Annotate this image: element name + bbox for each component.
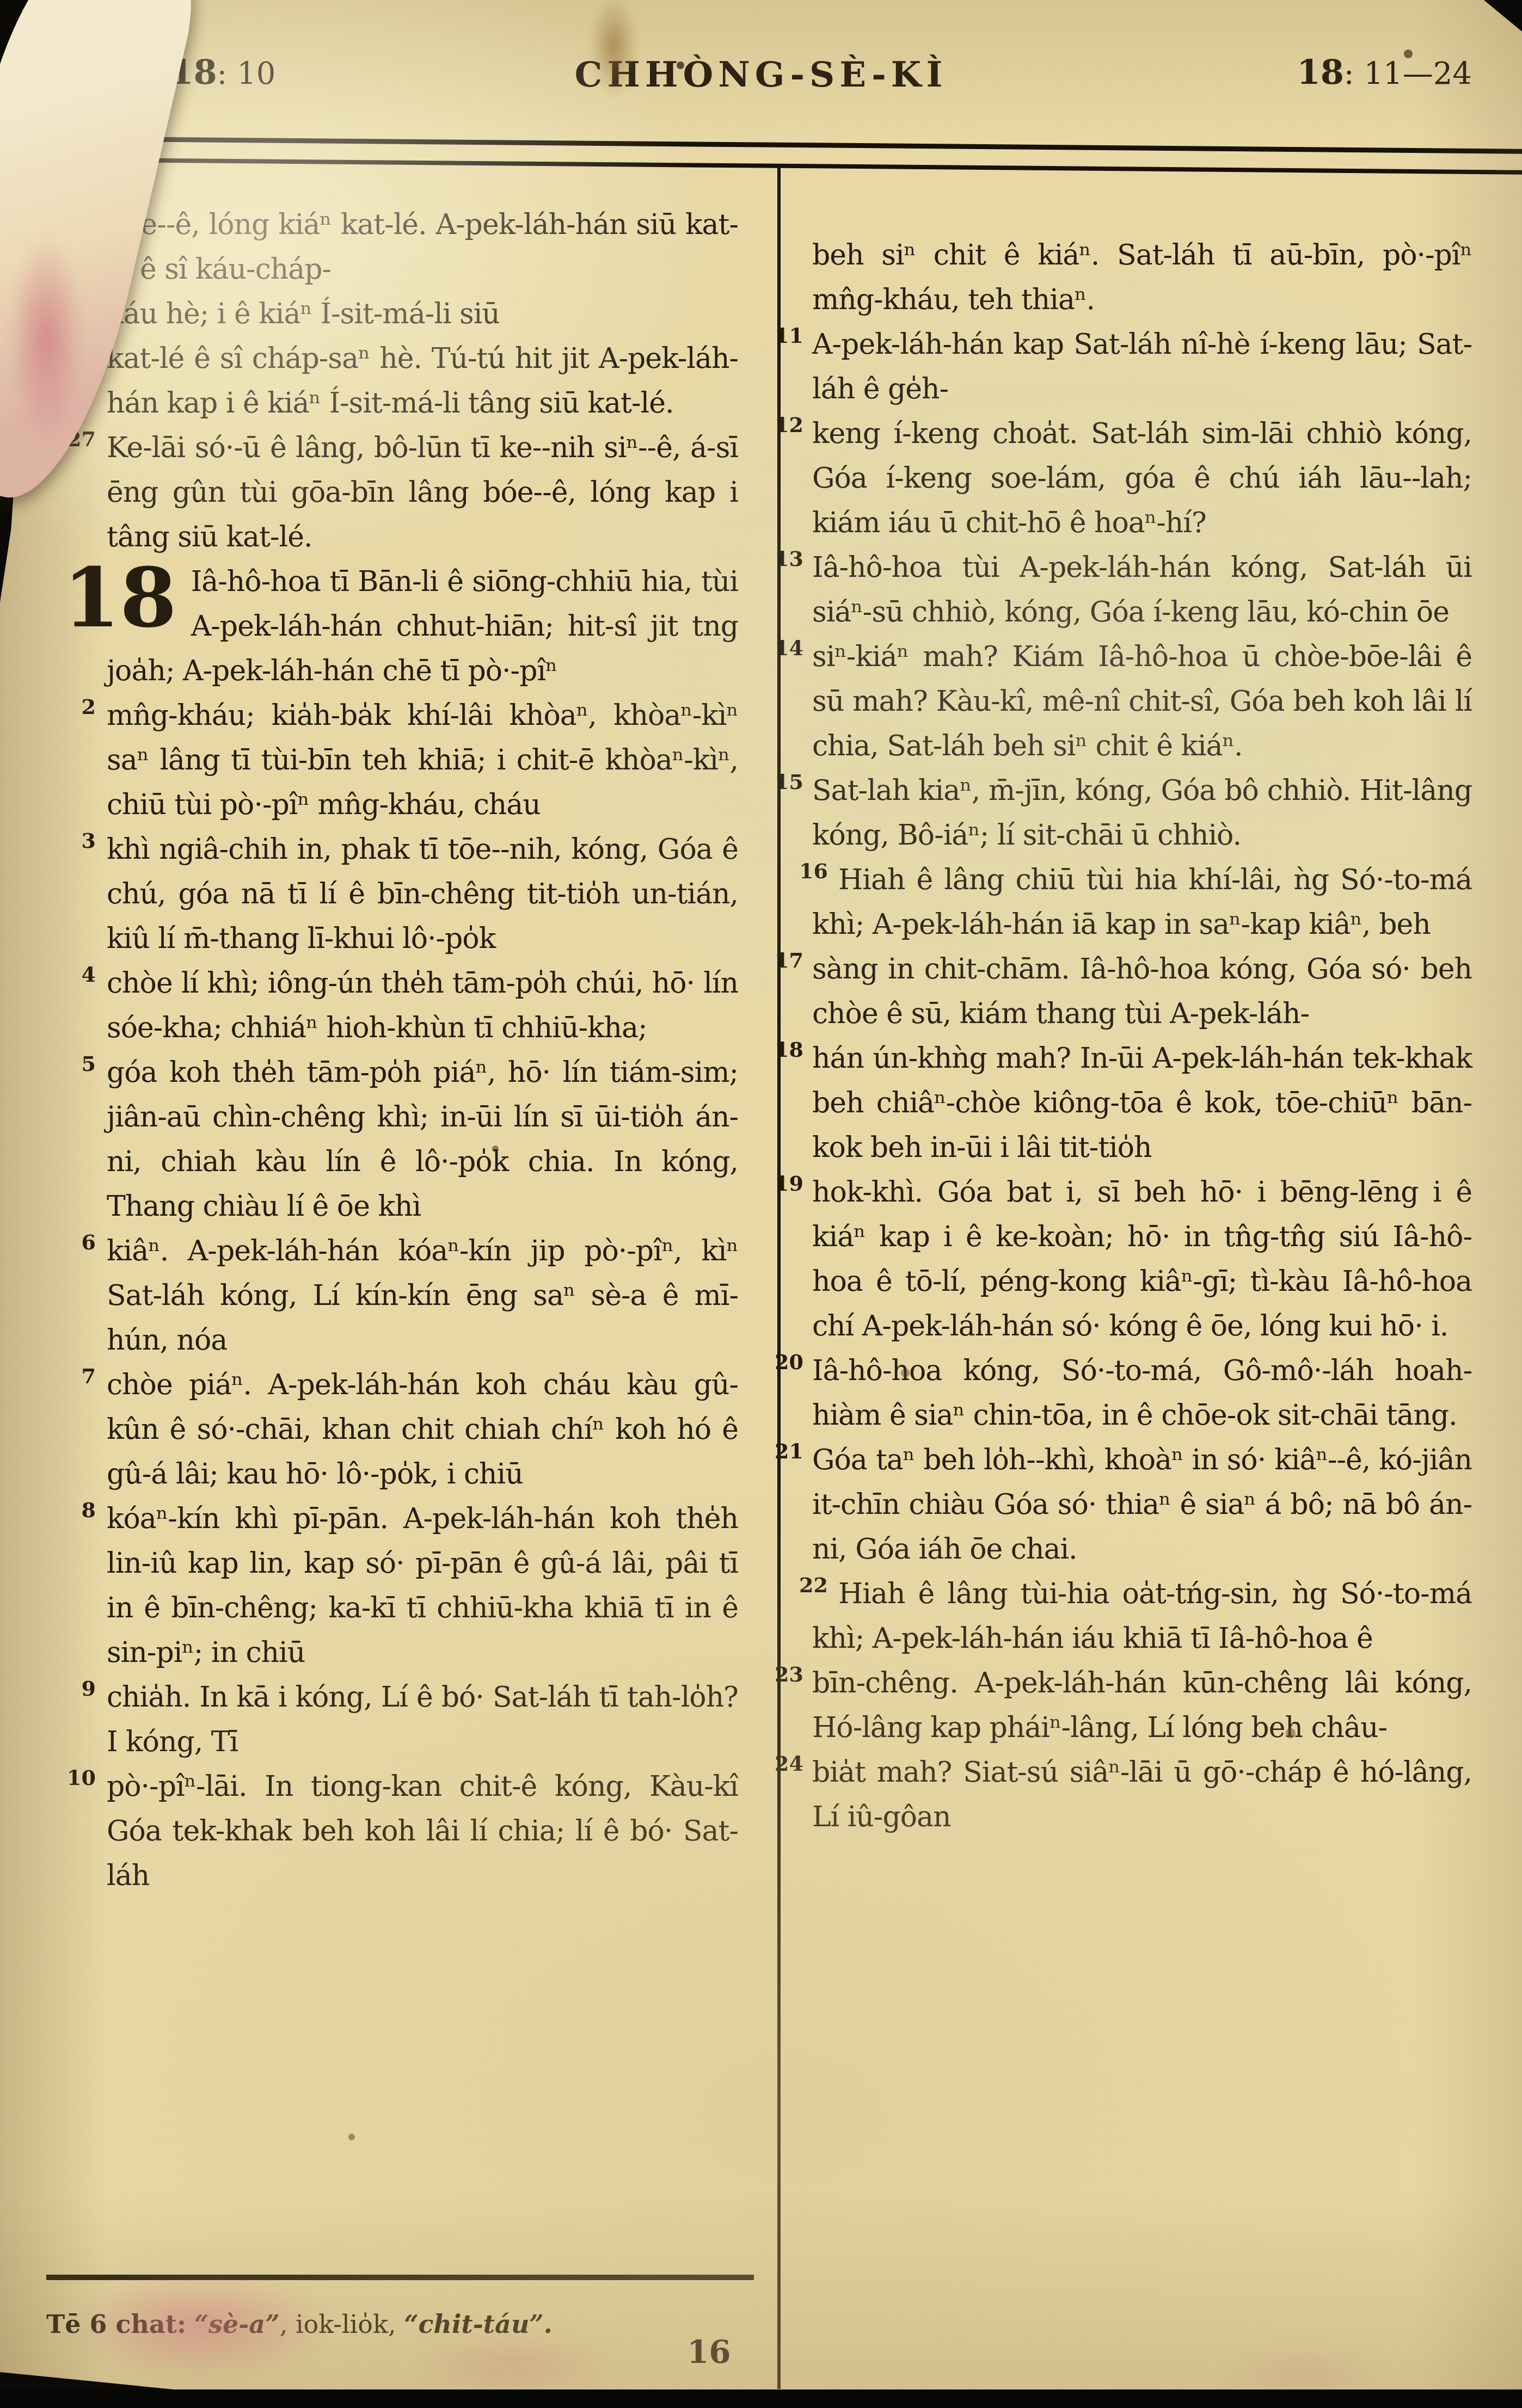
verse-text: Ke-lāi só·-ū ê lâng, bô-lūn tī ke--nih s… <box>107 432 738 553</box>
scanned-book-page: 24—18: 10 CHHÒNG-SÈ-KÌ 18: 11—24 24bóe--… <box>0 0 1522 2408</box>
column-divider-rule <box>777 166 781 2389</box>
verse: 19hok-khì. Góa bat i, sī beh hō· i bēng-… <box>812 1170 1472 1348</box>
verse: 5góa koh the̍h tām-po̍h piáⁿ, hō· lín ti… <box>107 1050 738 1229</box>
verse-number: 17 <box>773 950 803 971</box>
scan-black-corner-top-right <box>1480 0 1522 32</box>
verse-number: 8 <box>56 1500 96 1520</box>
verse-text: Góa taⁿ beh lo̍h--khì, khoàⁿ in só· kiâⁿ… <box>812 1444 1472 1566</box>
paragraph: beh siⁿ chit ê kiáⁿ. Sat-láh tī aū-bīn, … <box>812 233 1472 858</box>
verse-text: khì ngiâ-chih in, phak tī tōe--nih, kóng… <box>107 833 738 955</box>
verse: 16Hiah ê lâng chiū tùi hia khí-lâi, ǹg S… <box>812 858 1472 947</box>
verse-number: 26 <box>56 340 96 360</box>
verse: beh siⁿ chit ê kiáⁿ. Sat-láh tī aū-bīn, … <box>812 233 1472 322</box>
verse-number: 23 <box>773 1664 803 1685</box>
verse-text: Sat-lah kiaⁿ, m̄-jīn, kóng, Góa bô chhiò… <box>812 774 1472 852</box>
verse-number: 27 <box>56 429 96 449</box>
verse-text: chòe piáⁿ. A-pek-láh-hán koh cháu kàu gû… <box>107 1369 738 1491</box>
ink-specks <box>0 0 3 3</box>
paragraph: 22Hiah ê lâng tùi-hia oa̍t-tńg-sin, ǹg S… <box>812 1572 1472 1839</box>
verse-text: Hiah ê lâng chiū tùi hia khí-lâi, ǹg Só·… <box>812 864 1472 941</box>
verse-number: 10 <box>56 1767 96 1788</box>
verse-number: 24 <box>773 1753 803 1774</box>
verse: 7chòe piáⁿ. A-pek-láh-hán koh cháu kàu g… <box>107 1363 738 1496</box>
verse: 24bóe--ê, lóng kiáⁿ kat-lé. A-pek-láh-há… <box>107 202 738 292</box>
verse-text: Iâ-hô-hoa kóng, Só·-to-má, Gô-mô·-láh ho… <box>812 1354 1472 1432</box>
verse-text: A-pek-láh-hán kap Sat-láh nî-hè í-keng l… <box>812 328 1472 405</box>
verse-text: hok-khì. Góa bat i, sī beh hō· i bēng-lē… <box>812 1176 1472 1342</box>
verse-number: 13 <box>773 549 803 569</box>
verse: 27Ke-lāi só·-ū ê lâng, bô-lūn tī ke--nih… <box>107 426 738 559</box>
verse: 25káu hè; i ê kiáⁿ Í-sit-má-li siū <box>107 292 738 336</box>
verse-text: chia̍h. In kā i kóng, Lí ê bó· Sat-láh t… <box>107 1681 738 1758</box>
verse-number: 22 <box>773 1575 803 1596</box>
verse-number: 9 <box>56 1678 96 1699</box>
verse-number: 3 <box>56 830 96 851</box>
verse-text: bia̍t mah? Siat-sú siâⁿ-lāi ū gō·-cháp ê… <box>812 1756 1472 1833</box>
verse: 17sàng in chit-chām. Iâ-hô-hoa kóng, Góa… <box>812 947 1472 1036</box>
verse-number: 2 <box>56 697 96 717</box>
verses-left: 24bóe--ê, lóng kiáⁿ kat-lé. A-pek-láh-há… <box>107 202 738 1898</box>
chapter-number: 18 <box>63 565 177 631</box>
verse-text: bīn-chêng. A-pek-láh-hán kūn-chêng lâi k… <box>812 1667 1472 1744</box>
verse-text: kat-lé ê sî cháp-saⁿ hè. Tú-tú hit jit A… <box>107 342 738 420</box>
verse: 20Iâ-hô-hoa kóng, Só·-to-má, Gô-mô·-láh … <box>812 1348 1472 1438</box>
text-column-right: beh siⁿ chit ê kiáⁿ. Sat-láh tī aū-bīn, … <box>812 233 1472 1839</box>
chapter-start: 18Iâ-hô-hoa tī Bān-li ê siōng-chhiū hia,… <box>107 559 738 693</box>
verse: 12keng í-keng choa̍t. Sat-láh sim-lāi ch… <box>812 411 1472 545</box>
verse-text: beh siⁿ chit ê kiáⁿ. Sat-láh tī aū-bīn, … <box>812 239 1472 316</box>
verse: 15Sat-lah kiaⁿ, m̄-jīn, kóng, Góa bô chh… <box>812 768 1472 858</box>
verse-number: 16 <box>773 861 803 882</box>
verse-number: 25 <box>56 295 96 316</box>
header-right-chapter: 18 <box>1297 52 1344 92</box>
verse-number: 15 <box>773 772 803 792</box>
header-double-rule <box>44 136 1522 175</box>
verse-number: 7 <box>56 1366 96 1387</box>
paragraph: 16Hiah ê lâng chiū tùi hia khí-lâi, ǹg S… <box>812 858 1472 1572</box>
header-verse-range-right: 18: 11—24 <box>1297 52 1472 92</box>
verse-text: kiâⁿ. A-pek-láh-hán kóaⁿ-kín jip pò·-pîⁿ… <box>107 1235 738 1357</box>
verse-text: pò·-pîⁿ-lāi. In tiong-kan chit-ê kóng, K… <box>107 1770 738 1892</box>
verse-text: káu hè; i ê kiáⁿ Í-sit-má-li siū <box>107 298 500 330</box>
verse-number: 5 <box>56 1054 96 1074</box>
verse: 4chòe lí khì; iông-ún the̍h tām-po̍h chú… <box>107 961 738 1050</box>
pink-stain-bottom-center <box>359 2318 664 2408</box>
verse-number: 18 <box>773 1039 803 1060</box>
verse: 14siⁿ-kiáⁿ mah? Kiám Iâ-hô-hoa ū chòe-bō… <box>812 635 1472 768</box>
verse: 22Hiah ê lâng tùi-hia oa̍t-tńg-sin, ǹg S… <box>812 1572 1472 1661</box>
verse-number: 21 <box>773 1441 803 1462</box>
pink-stain-bottom-left <box>16 2253 386 2400</box>
verse: 9chia̍h. In kā i kóng, Lí ê bó· Sat-láh … <box>107 1675 738 1764</box>
paragraph: 18Iâ-hô-hoa tī Bān-li ê siōng-chhiū hia,… <box>107 559 738 1898</box>
verse-number: 20 <box>773 1352 803 1372</box>
verse-text: Iâ-hô-hoa tùi A-pek-láh-hán kóng, Sat-lá… <box>812 551 1472 629</box>
page-number: 16 <box>687 2333 731 2370</box>
verse: 8kóaⁿ-kín khì pī-pān. A-pek-láh-hán koh … <box>107 1496 738 1675</box>
verse: 21Góa taⁿ beh lo̍h--khì, khoàⁿ in só· ki… <box>812 1438 1472 1572</box>
verse-text: sàng in chit-chām. Iâ-hô-hoa kóng, Góa s… <box>812 953 1472 1030</box>
verse-text: bóe--ê, lóng kiáⁿ kat-lé. A-pek-láh-hán … <box>107 208 738 286</box>
verse-text: Iâ-hô-hoa tī Bān-li ê siōng-chhiū hia, t… <box>107 565 738 687</box>
verse-text: chòe lí khì; iông-ún the̍h tām-po̍h chúi… <box>107 967 738 1044</box>
text-column-left: 24bóe--ê, lóng kiáⁿ kat-lé. A-pek-láh-há… <box>107 202 738 2341</box>
verse-text: mn̂g-kháu; kia̍h-ba̍k khí-lâi khòaⁿ, khò… <box>107 699 738 821</box>
pink-stain-bottom-right <box>1187 2335 1415 2408</box>
verse: 10pò·-pîⁿ-lāi. In tiong-kan chit-ê kóng,… <box>107 1764 738 1898</box>
verse: 26kat-lé ê sî cháp-saⁿ hè. Tú-tú hit jit… <box>107 336 738 426</box>
verse-number: 11 <box>773 325 803 346</box>
header-right-post: : 11—24 <box>1344 56 1472 91</box>
verse: 24bia̍t mah? Siat-sú siâⁿ-lāi ū gō·-cháp… <box>812 1750 1472 1839</box>
paragraph: 24bóe--ê, lóng kiáⁿ kat-lé. A-pek-láh-há… <box>107 202 738 559</box>
verse-text: keng í-keng choa̍t. Sat-láh sim-lāi chhi… <box>812 417 1472 539</box>
verse-text: siⁿ-kiáⁿ mah? Kiám Iâ-hô-hoa ū chòe-bōe-… <box>812 641 1472 762</box>
verse: 11A-pek-láh-hán kap Sat-láh nî-hè í-keng… <box>812 322 1472 411</box>
verse: 3khì ngiâ-chih in, phak tī tōe--nih, kón… <box>107 827 738 961</box>
book-title: CHHÒNG-SÈ-KÌ <box>0 54 1522 95</box>
verse: 13Iâ-hô-hoa tùi A-pek-láh-hán kóng, Sat-… <box>812 545 1472 635</box>
verse: 23bīn-chêng. A-pek-láh-hán kūn-chêng lâi… <box>812 1661 1472 1750</box>
verse: 6kiâⁿ. A-pek-láh-hán kóaⁿ-kín jip pò·-pî… <box>107 1229 738 1363</box>
verse-number: 12 <box>773 415 803 435</box>
verse-number: 4 <box>56 964 96 985</box>
verse-number: 24 <box>56 206 96 226</box>
verse: 2mn̂g-kháu; kia̍h-ba̍k khí-lâi khòaⁿ, kh… <box>107 693 738 827</box>
verse-text: kóaⁿ-kín khì pī-pān. A-pek-láh-hán koh t… <box>107 1502 738 1669</box>
verse-number: 14 <box>773 638 803 658</box>
verse-number: 19 <box>773 1173 803 1194</box>
verse-text: hán ún-khǹg mah? In-ūi A-pek-láh-hán tek… <box>812 1042 1472 1164</box>
brown-stain-top <box>581 0 647 114</box>
verse: 18hán ún-khǹg mah? In-ūi A-pek-láh-hán t… <box>812 1036 1472 1170</box>
verse-number: 6 <box>56 1232 96 1253</box>
verse-text: góa koh the̍h tām-po̍h piáⁿ, hō· lín tiá… <box>107 1056 738 1223</box>
verse-text: Hiah ê lâng tùi-hia oa̍t-tńg-sin, ǹg Só·… <box>812 1578 1472 1655</box>
